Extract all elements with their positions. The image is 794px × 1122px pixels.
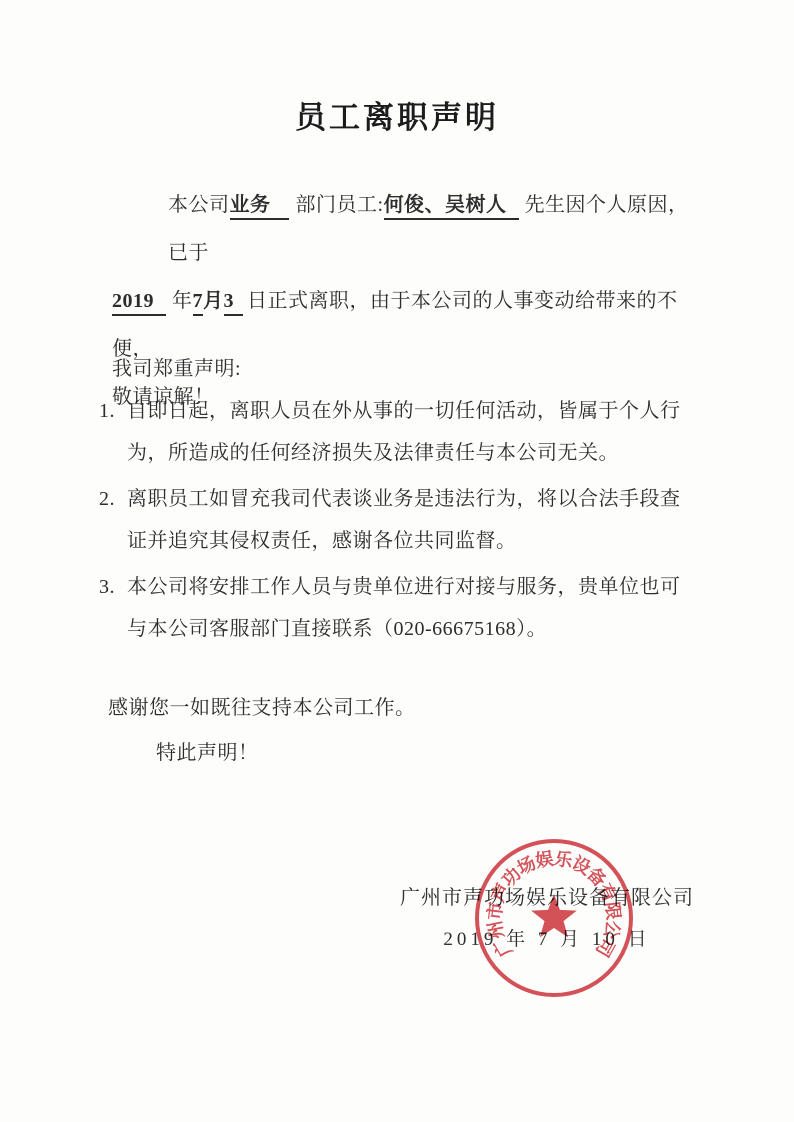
department-blank: 业务	[230, 192, 289, 220]
list-item-1: 1. 自即日起，离职人员在外从事的一切任何活动，皆属于个人行为，所造成的任何经济…	[99, 390, 695, 474]
closing-statement: 特此声明！	[108, 731, 698, 776]
intro-line-1: 本公司业务部门员工:何俊、吴树人先生因个人原因，已于	[112, 181, 702, 277]
document-title: 员工离职声明	[0, 92, 794, 137]
names-blank: 何俊、吴树人	[384, 192, 519, 220]
seal-char: 限	[602, 901, 624, 921]
list-item-2: 2. 离职员工如冒充我司代表谈业务是违法行为，将以合法手段查证并追究其侵权责任，…	[99, 478, 695, 562]
list-item-2-line-1: 离职员工如冒充我司代表谈业务是违法行为，将以合法手段查	[127, 488, 681, 510]
list-item-2-line-2: 证并追究其侵权责任，感谢各位共同监督。	[127, 530, 517, 552]
closing-block: 感谢您一如既往支持本公司工作。 特此声明！	[108, 686, 698, 776]
list-item-3: 3. 本公司将安排工作人员与贵单位进行对接与服务，贵单位也可与本公司客服部门直接…	[99, 566, 695, 650]
declaration-list: 1. 自即日起，离职人员在外从事的一切任何活动，皆属于个人行为，所造成的任何经济…	[99, 390, 695, 654]
intro-lead: 本公司	[168, 194, 230, 216]
seal-star-icon	[531, 894, 577, 937]
month-suffix: 月	[203, 290, 224, 312]
document-page: 员工离职声明 本公司业务部门员工:何俊、吴树人先生因个人原因，已于 2019年7…	[0, 0, 794, 1122]
list-item-3-line-2: 本公司客服部门直接联系（020-66675168）。	[148, 618, 548, 640]
day-blank: 3	[224, 288, 244, 316]
thanks-line: 感谢您一如既往支持本公司工作。	[108, 686, 698, 731]
year-blank: 2019	[112, 288, 166, 316]
intro-paragraph: 本公司业务部门员工:何俊、吴树人先生因个人原因，已于 2019年7月3日正式离职…	[112, 181, 702, 421]
seal-char: 娱	[534, 848, 555, 872]
declaration-heading: 我司郑重声明:	[112, 352, 241, 381]
list-item-1-number: 1.	[99, 390, 127, 474]
list-item-2-text: 离职员工如冒充我司代表谈业务是违法行为，将以合法手段查证并追究其侵权责任，感谢各…	[127, 478, 695, 562]
intro-after-department: 部门员工:	[296, 194, 384, 216]
list-item-2-number: 2.	[99, 478, 127, 562]
company-seal: 广州市声功场娱乐设备有限公司	[469, 833, 639, 1003]
list-item-3-text: 本公司将安排工作人员与贵单位进行对接与服务，贵单位也可与本公司客服部门直接联系（…	[127, 566, 695, 650]
list-item-1-text: 自即日起，离职人员在外从事的一切任何活动，皆属于个人行为，所造成的任何经济损失及…	[127, 390, 695, 474]
list-item-3-number: 3.	[99, 566, 127, 650]
month-blank: 7	[193, 288, 204, 316]
list-item-1-line-2: 所造成的任何经济损失及法律责任与本公司无关。	[168, 442, 619, 464]
year-suffix: 年	[172, 290, 193, 312]
seal-char: 州	[485, 919, 508, 941]
